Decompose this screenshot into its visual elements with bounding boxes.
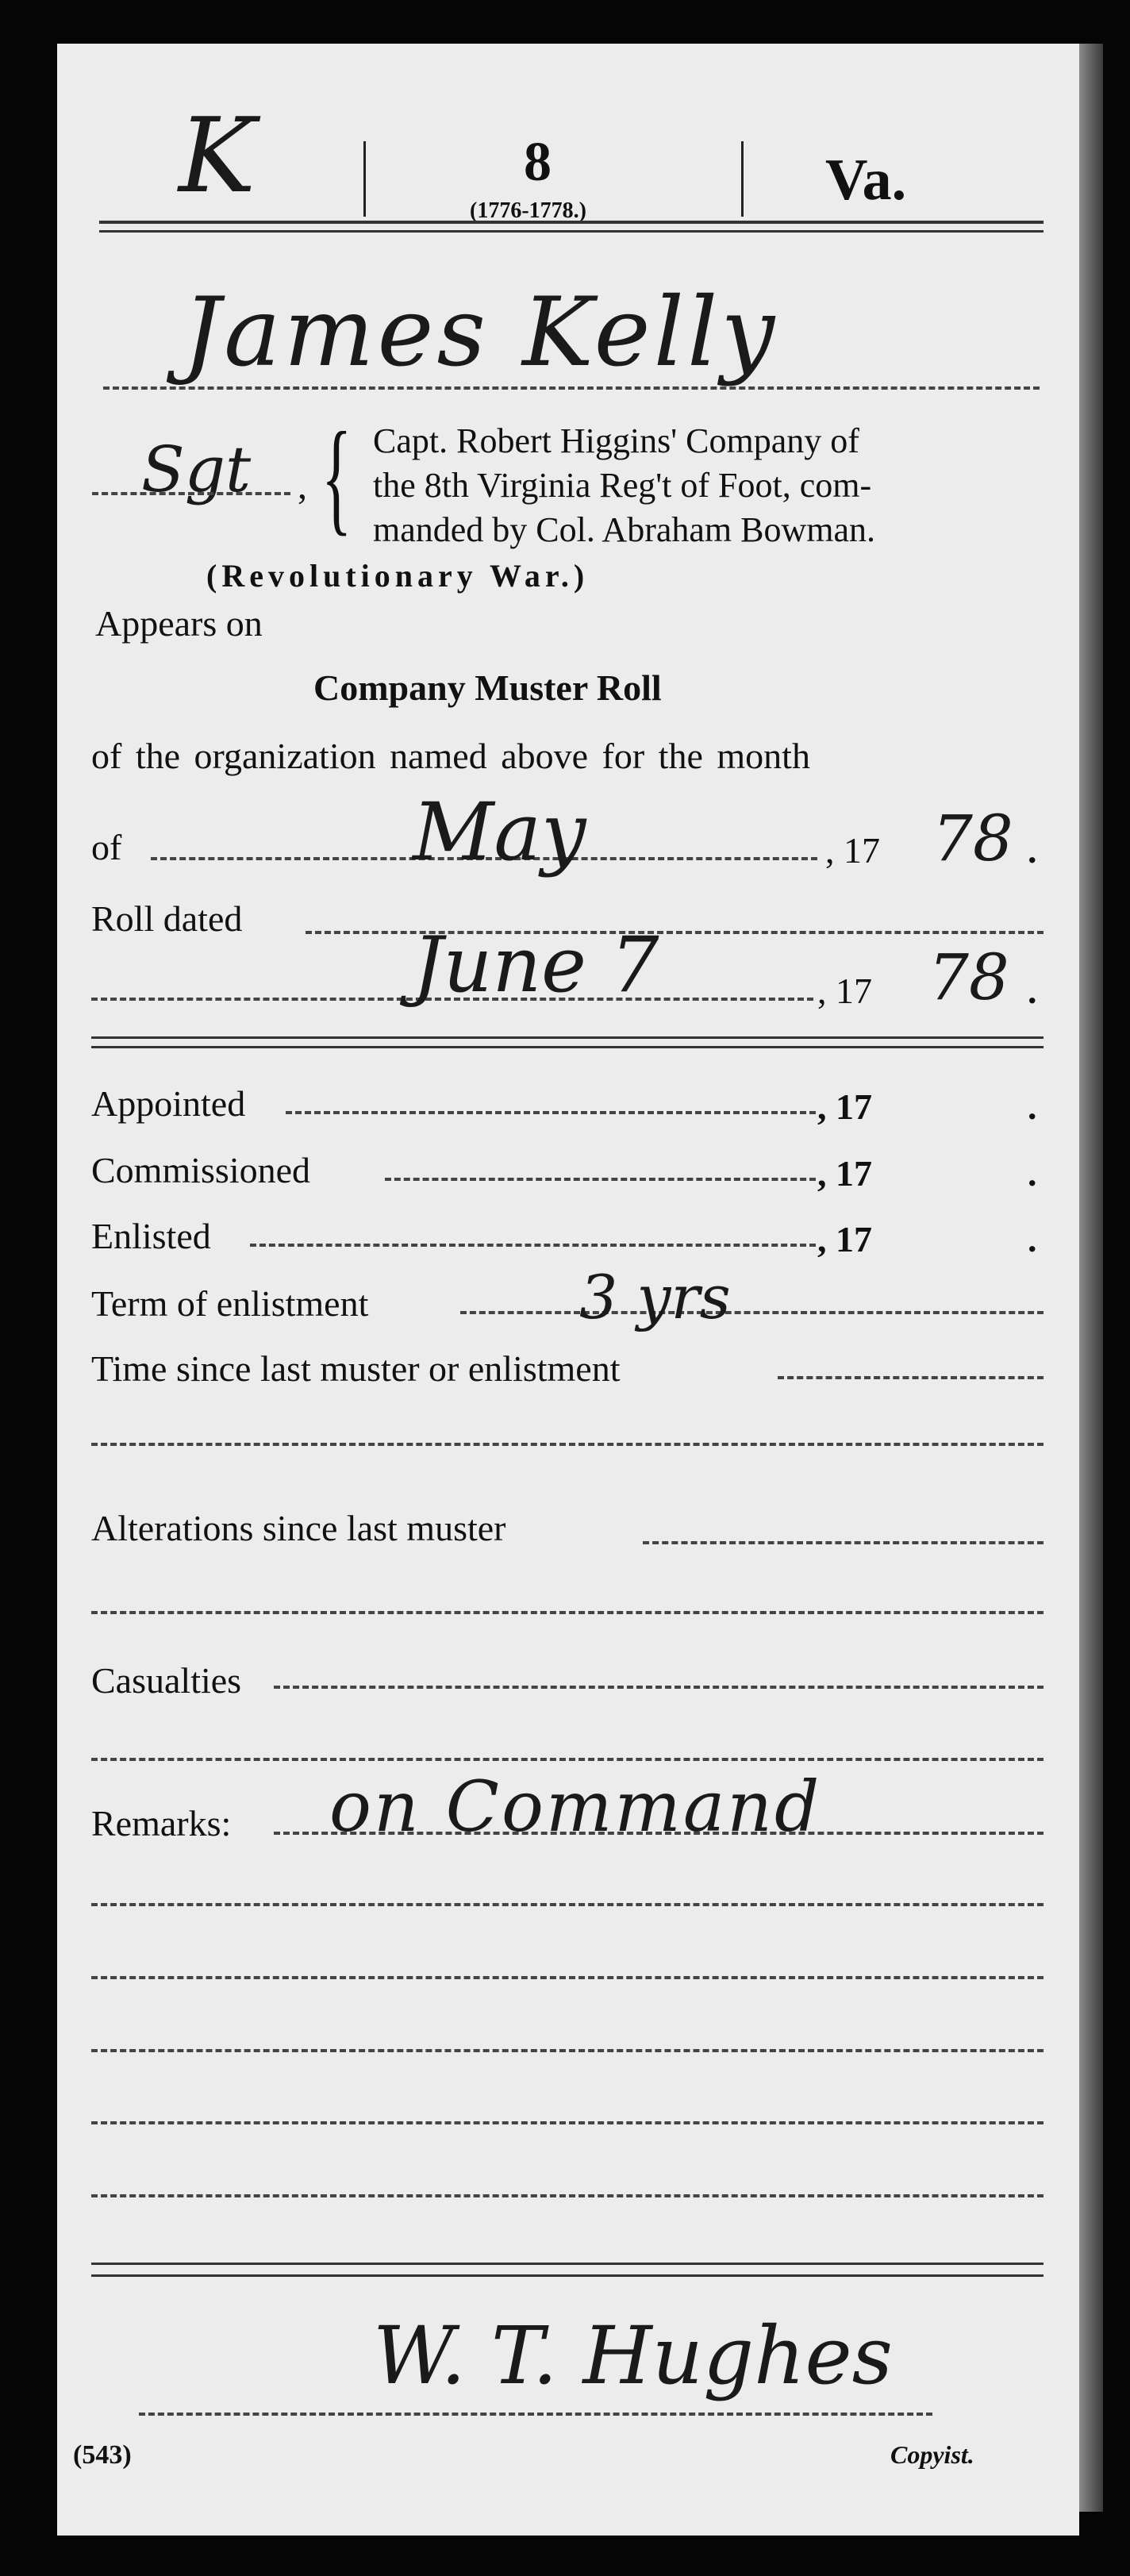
roll-dated-year-prefix: , 17	[817, 970, 872, 1012]
term-value-handwritten: 3 yrs	[579, 1262, 731, 1332]
roll-type-heading: Company Muster Roll	[313, 667, 662, 709]
footer-rule-bottom	[91, 2274, 1044, 2277]
enlisted-line	[250, 1244, 816, 1247]
appointed-label: Appointed	[91, 1086, 245, 1122]
soldier-name-handwritten: James Kelly	[183, 278, 778, 388]
month-year-prefix: , 17	[825, 829, 880, 871]
remarks-line-5	[91, 2121, 1044, 2124]
rank-handwritten: Sgt	[141, 433, 251, 506]
signature-line	[139, 2413, 932, 2416]
enlisted-year-end: .	[1028, 1218, 1037, 1260]
alterations-line-1	[643, 1541, 1044, 1544]
card-edge-shadow	[1079, 44, 1103, 2512]
term-label: Term of enlistment	[91, 1286, 368, 1322]
remarks-line-3	[91, 1976, 1044, 1979]
state-abbrev: Va.	[825, 147, 906, 214]
enlisted-label: Enlisted	[91, 1218, 211, 1255]
remarks-line-2	[91, 1903, 1044, 1906]
appears-on-label: Appears on	[95, 606, 263, 642]
section-rule-bottom	[91, 1046, 1044, 1048]
month-year-handwritten: 78	[932, 802, 1013, 875]
time-since-line-2	[91, 1443, 1044, 1446]
remarks-value-handwritten: on Command	[329, 1766, 821, 1847]
commissioned-line	[385, 1178, 816, 1181]
rank-line	[92, 492, 290, 495]
commissioned-year-prefix: , 17	[817, 1152, 872, 1194]
regiment-number: 8	[524, 131, 552, 194]
header-rule-top	[99, 221, 1044, 224]
alterations-line-2	[91, 1611, 1044, 1614]
remarks-label: Remarks:	[91, 1805, 231, 1842]
casualties-line-2	[91, 1758, 1044, 1761]
time-since-line-1	[778, 1376, 1044, 1379]
form-number: (543)	[73, 2440, 132, 2470]
section-rule-top	[91, 1036, 1044, 1039]
organization-line-1: Capt. Robert Higgins' Company of	[373, 419, 875, 463]
name-line	[103, 386, 1040, 390]
war-heading: (Revolutionary War.)	[206, 557, 589, 594]
remarks-line-4	[91, 2049, 1044, 2052]
term-line	[460, 1311, 1044, 1314]
time-since-label: Time since last muster or enlistment	[91, 1351, 621, 1387]
month-value-handwritten: May	[413, 786, 586, 879]
organization-block: Capt. Robert Higgins' Company of the 8th…	[373, 419, 875, 552]
organization-brace: {	[321, 413, 352, 540]
roll-dated-value-handwritten: June 7	[413, 921, 659, 1009]
organization-line-3: manded by Col. Abraham Bowman.	[373, 508, 875, 552]
roll-dated-year-handwritten: 78	[928, 940, 1009, 1014]
footer-rule-top	[91, 2263, 1044, 2265]
header-divider-left	[363, 141, 366, 217]
commissioned-label: Commissioned	[91, 1152, 310, 1189]
roll-dated-label: Roll dated	[91, 901, 242, 937]
copyist-signature-handwritten: W. T. Hughes	[373, 2309, 893, 2402]
organization-line-2: the 8th Virginia Reg't of Foot, com-	[373, 463, 875, 508]
month-year-end: .	[1028, 829, 1037, 871]
copyist-label: Copyist.	[890, 2440, 974, 2470]
appointed-year-end: .	[1028, 1086, 1037, 1128]
casualties-line-1	[274, 1686, 1044, 1689]
appointed-line	[286, 1111, 816, 1114]
commissioned-year-end: .	[1028, 1152, 1037, 1194]
remarks-line-6	[91, 2194, 1044, 2197]
rank-comma: ,	[298, 464, 307, 508]
casualties-label: Casualties	[91, 1663, 241, 1699]
roll-dated-year-end: .	[1028, 970, 1037, 1012]
header-rule-bottom	[99, 230, 1044, 233]
enlisted-year-prefix: , 17	[817, 1218, 872, 1260]
month-intro: of the organization named above for the …	[91, 738, 810, 775]
initial-handwritten: K	[179, 95, 256, 216]
alterations-label: Alterations since last muster	[91, 1510, 506, 1547]
month-label: of	[91, 829, 121, 866]
appointed-year-prefix: , 17	[817, 1086, 872, 1128]
header-divider-right	[741, 141, 744, 217]
